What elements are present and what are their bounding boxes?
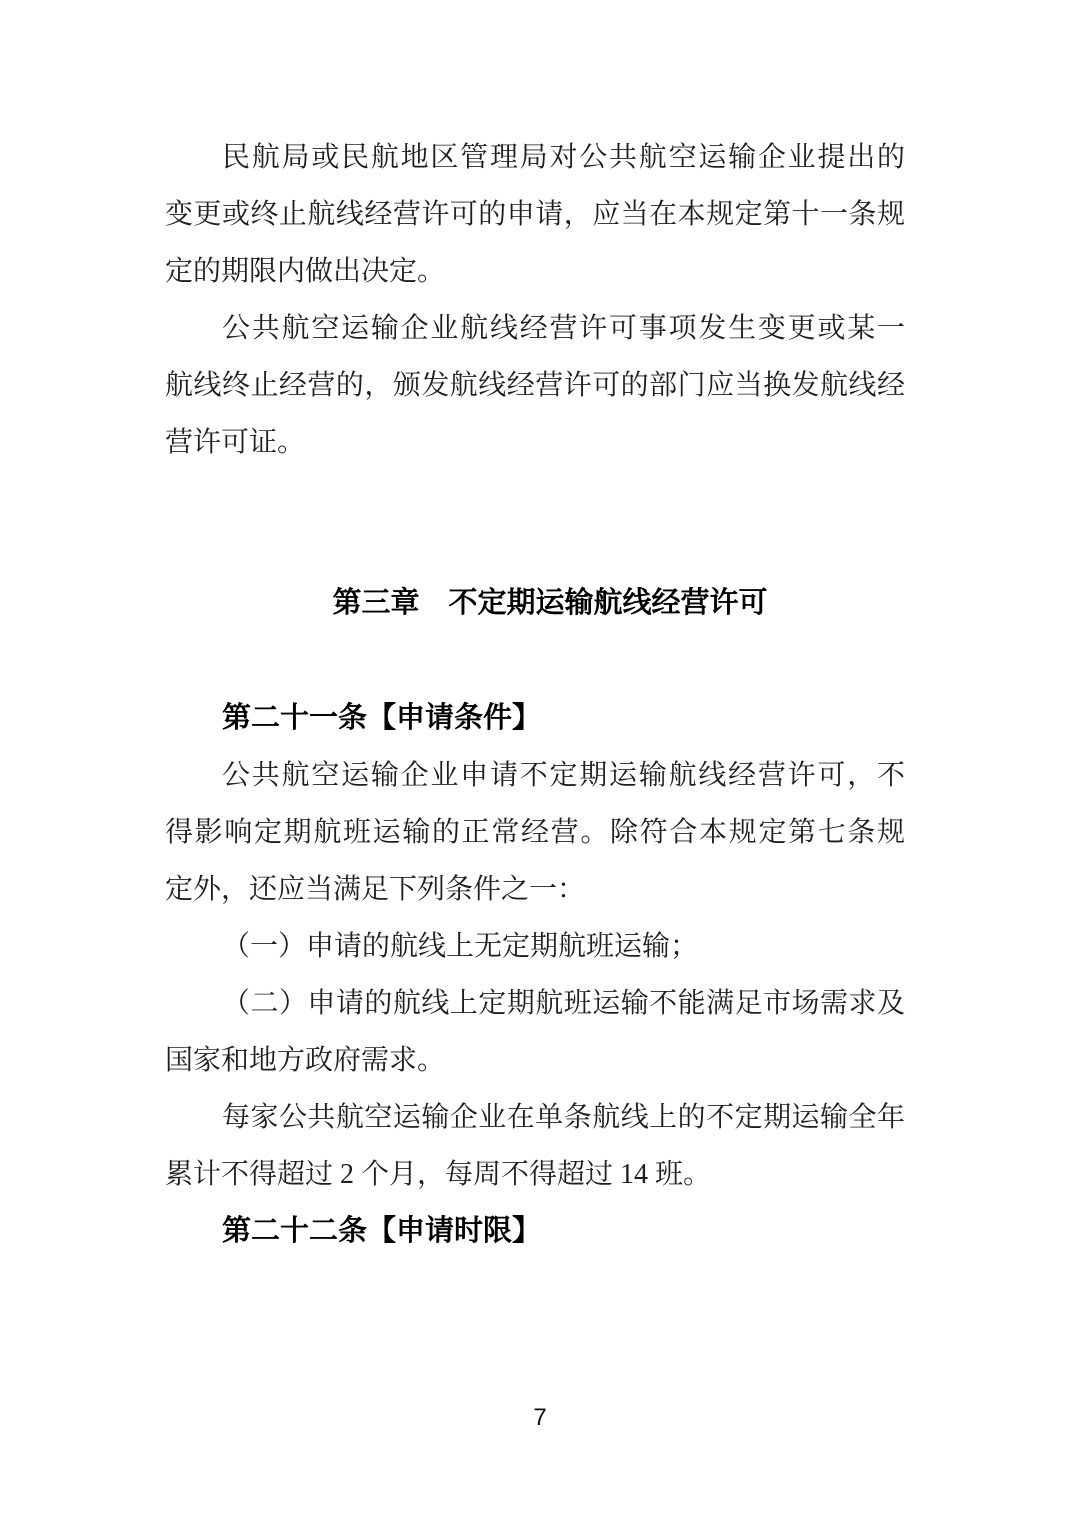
page-number: 7 <box>0 1402 1080 1434</box>
text-line: 民航局或民航地区管理局对公共航空运输企业提出的 <box>165 129 905 186</box>
paragraph: 公共航空运输企业航线经营许可事项发生变更或某一 航线终止经营的，颁发航线经营许可… <box>165 300 905 471</box>
chapter-heading: 第三章 不定期运输航线经营许可 <box>195 575 905 632</box>
list-item-1: （一）申请的航线上无定期航班运输； <box>165 918 905 975</box>
paragraph: 民航局或民航地区管理局对公共航空运输企业提出的 变更或终止航线经营许可的申请，应… <box>165 129 905 300</box>
text-line: 公共航空运输企业申请不定期运输航线经营许可，不 <box>165 747 905 804</box>
text-line: 累计不得超过 2 个月，每周不得超过 14 班。 <box>165 1146 905 1203</box>
paragraph: 公共航空运输企业申请不定期运输航线经营许可，不 得影响定期航班运输的正常经营。除… <box>165 747 905 918</box>
text-line: 定外，还应当满足下列条件之一： <box>165 861 905 918</box>
text-line: 公共航空运输企业航线经营许可事项发生变更或某一 <box>165 300 905 357</box>
text-line: 国家和地方政府需求。 <box>165 1032 905 1089</box>
text-line: 得影响定期航班运输的正常经营。除符合本规定第七条规 <box>165 804 905 861</box>
document-page: 民航局或民航地区管理局对公共航空运输企业提出的 变更或终止航线经营许可的申请，应… <box>0 0 1080 1526</box>
page-content: 民航局或民航地区管理局对公共航空运输企业提出的 变更或终止航线经营许可的申请，应… <box>165 129 905 1260</box>
article-heading-21: 第二十一条【申请条件】 <box>165 690 905 747</box>
text-line: （二）申请的航线上定期航班运输不能满足市场需求及 <box>165 975 905 1032</box>
text-line: 变更或终止航线经营许可的申请，应当在本规定第十一条规 <box>165 186 905 243</box>
text-line: 航线终止经营的，颁发航线经营许可的部门应当换发航线经 <box>165 357 905 414</box>
paragraph: 每家公共航空运输企业在单条航线上的不定期运输全年 累计不得超过 2 个月，每周不… <box>165 1089 905 1203</box>
article-heading-22: 第二十二条【申请时限】 <box>165 1203 905 1260</box>
list-item-2: （二）申请的航线上定期航班运输不能满足市场需求及 国家和地方政府需求。 <box>165 975 905 1089</box>
text-line: 营许可证。 <box>165 414 905 471</box>
text-line: 每家公共航空运输企业在单条航线上的不定期运输全年 <box>165 1089 905 1146</box>
text-line: （一）申请的航线上无定期航班运输； <box>165 918 905 975</box>
text-line: 定的期限内做出决定。 <box>165 243 905 300</box>
